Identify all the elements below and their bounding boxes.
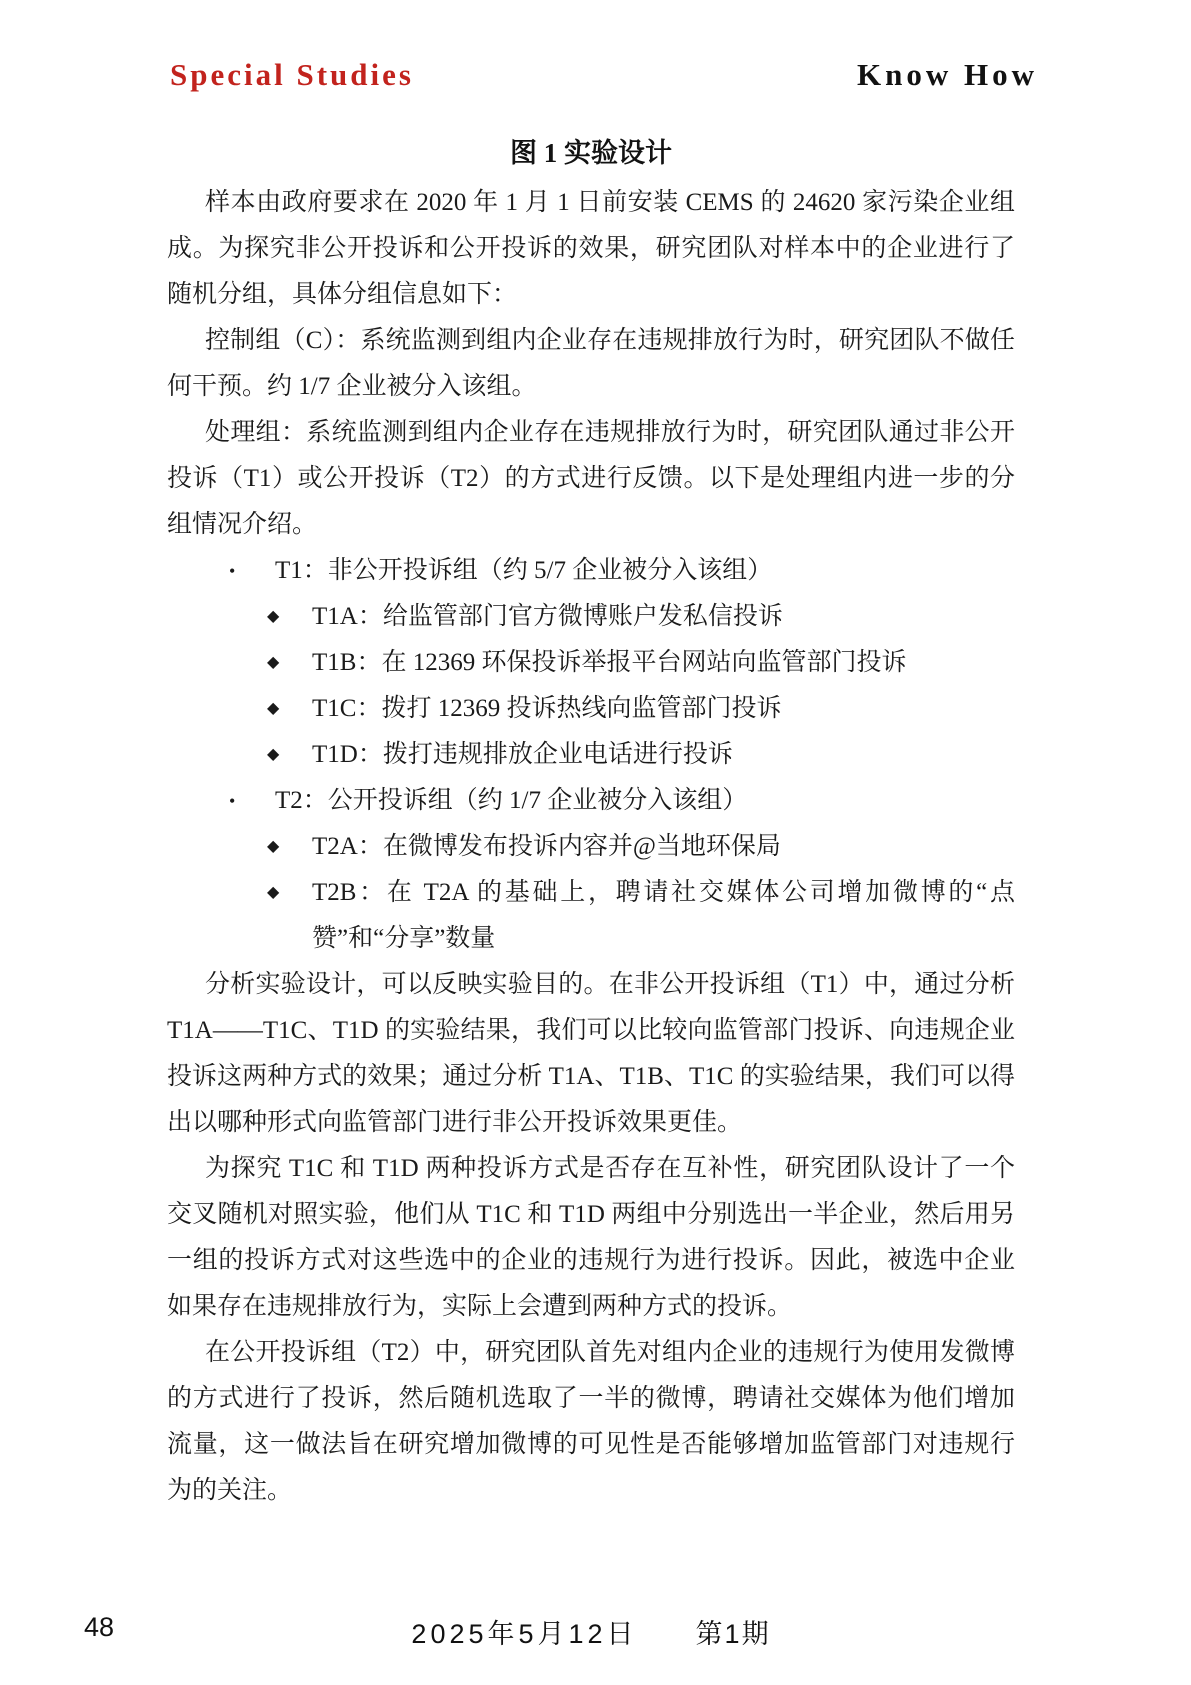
list-item-t1: • T1：非公开投诉组（约 5/7 企业被分入该组） — [167, 548, 1015, 594]
paragraph-sample-description: 样本由政府要求在 2020 年 1 月 1 日前安装 CEMS 的 24620 … — [167, 180, 1015, 318]
list-item-t2a: ◆ T2A：在微博发布投诉内容并@当地环保局 — [167, 824, 1015, 870]
list-item-t1d: ◆ T1D：拨打违规排放企业电话进行投诉 — [167, 732, 1015, 778]
paragraph-design-analysis: 分析实验设计，可以反映实验目的。在非公开投诉组（T1）中，通过分析 T1A——T… — [167, 962, 1015, 1146]
experiment-group-list: • T1：非公开投诉组（约 5/7 企业被分入该组） ◆ T1A：给监管部门官方… — [167, 548, 1015, 962]
bullet-diamond-icon: ◆ — [267, 732, 279, 778]
footer-issue-number: 第1期 — [696, 1619, 771, 1649]
document-page: Special Studies Know How 图 1 实验设计 样本由政府要… — [0, 0, 1191, 1685]
list-item-t1c: ◆ T1C：拨打 12369 投诉热线向监管部门投诉 — [167, 686, 1015, 732]
paragraph-treatment-group: 处理组：系统监测到组内企业存在违规排放行为时，研究团队通过非公开投诉（T1）或公… — [167, 410, 1015, 548]
bullet-dot-icon: • — [229, 548, 235, 594]
list-item-text: T1C：拨打 12369 投诉热线向监管部门投诉 — [312, 695, 781, 722]
list-item-text: T2A：在微博发布投诉内容并@当地环保局 — [312, 833, 781, 860]
list-item-t2: • T2：公开投诉组（约 1/7 企业被分入该组） — [167, 778, 1015, 824]
bullet-diamond-icon: ◆ — [267, 686, 279, 732]
list-item-t1a: ◆ T1A：给监管部门官方微博账户发私信投诉 — [167, 594, 1015, 640]
paragraph-cross-experiment: 为探究 T1C 和 T1D 两种投诉方式是否存在互补性，研究团队设计了一个交叉随… — [167, 1146, 1015, 1330]
list-item-text: T1D：拨打违规排放企业电话进行投诉 — [312, 741, 733, 768]
bullet-diamond-icon: ◆ — [267, 594, 279, 640]
list-item-t1b: ◆ T1B：在 12369 环保投诉举报平台网站向监管部门投诉 — [167, 640, 1015, 686]
list-item-t2b: ◆ T2B：在 T2A 的基础上，聘请社交媒体公司增加微博的“点赞”和“分享”数… — [167, 870, 1015, 962]
list-item-text: T2：公开投诉组（约 1/7 企业被分入该组） — [275, 787, 747, 814]
paragraph-control-group: 控制组（C）：系统监测到组内企业存在违规排放行为时，研究团队不做任何干预。约 1… — [167, 318, 1015, 410]
paragraph-public-complaint: 在公开投诉组（T2）中，研究团队首先对组内企业的违规行为使用发微博的方式进行了投… — [167, 1330, 1015, 1514]
footer-page-number: 48 — [84, 1612, 114, 1643]
list-item-text: T2B：在 T2A 的基础上，聘请社交媒体公司增加微博的“点赞”和“分享”数量 — [312, 879, 1015, 952]
list-item-text: T1B：在 12369 环保投诉举报平台网站向监管部门投诉 — [312, 649, 906, 676]
footer-issue-line: 2025年5月12日第1期 — [167, 1612, 1015, 1651]
bullet-diamond-icon: ◆ — [267, 824, 279, 870]
bullet-diamond-icon: ◆ — [267, 870, 279, 916]
bullet-dot-icon: • — [229, 778, 235, 824]
bullet-diamond-icon: ◆ — [267, 640, 279, 686]
list-item-text: T1A：给监管部门官方微博账户发私信投诉 — [312, 603, 783, 630]
header-section-label: Special Studies — [170, 57, 414, 93]
footer-date: 2025年5月12日 — [411, 1619, 637, 1649]
article-body: 样本由政府要求在 2020 年 1 月 1 日前安装 CEMS 的 24620 … — [167, 180, 1015, 1514]
figure-title: 图 1 实验设计 — [167, 131, 1015, 170]
list-item-text: T1：非公开投诉组（约 5/7 企业被分入该组） — [275, 557, 772, 584]
header-column-label: Know How — [857, 57, 1038, 93]
